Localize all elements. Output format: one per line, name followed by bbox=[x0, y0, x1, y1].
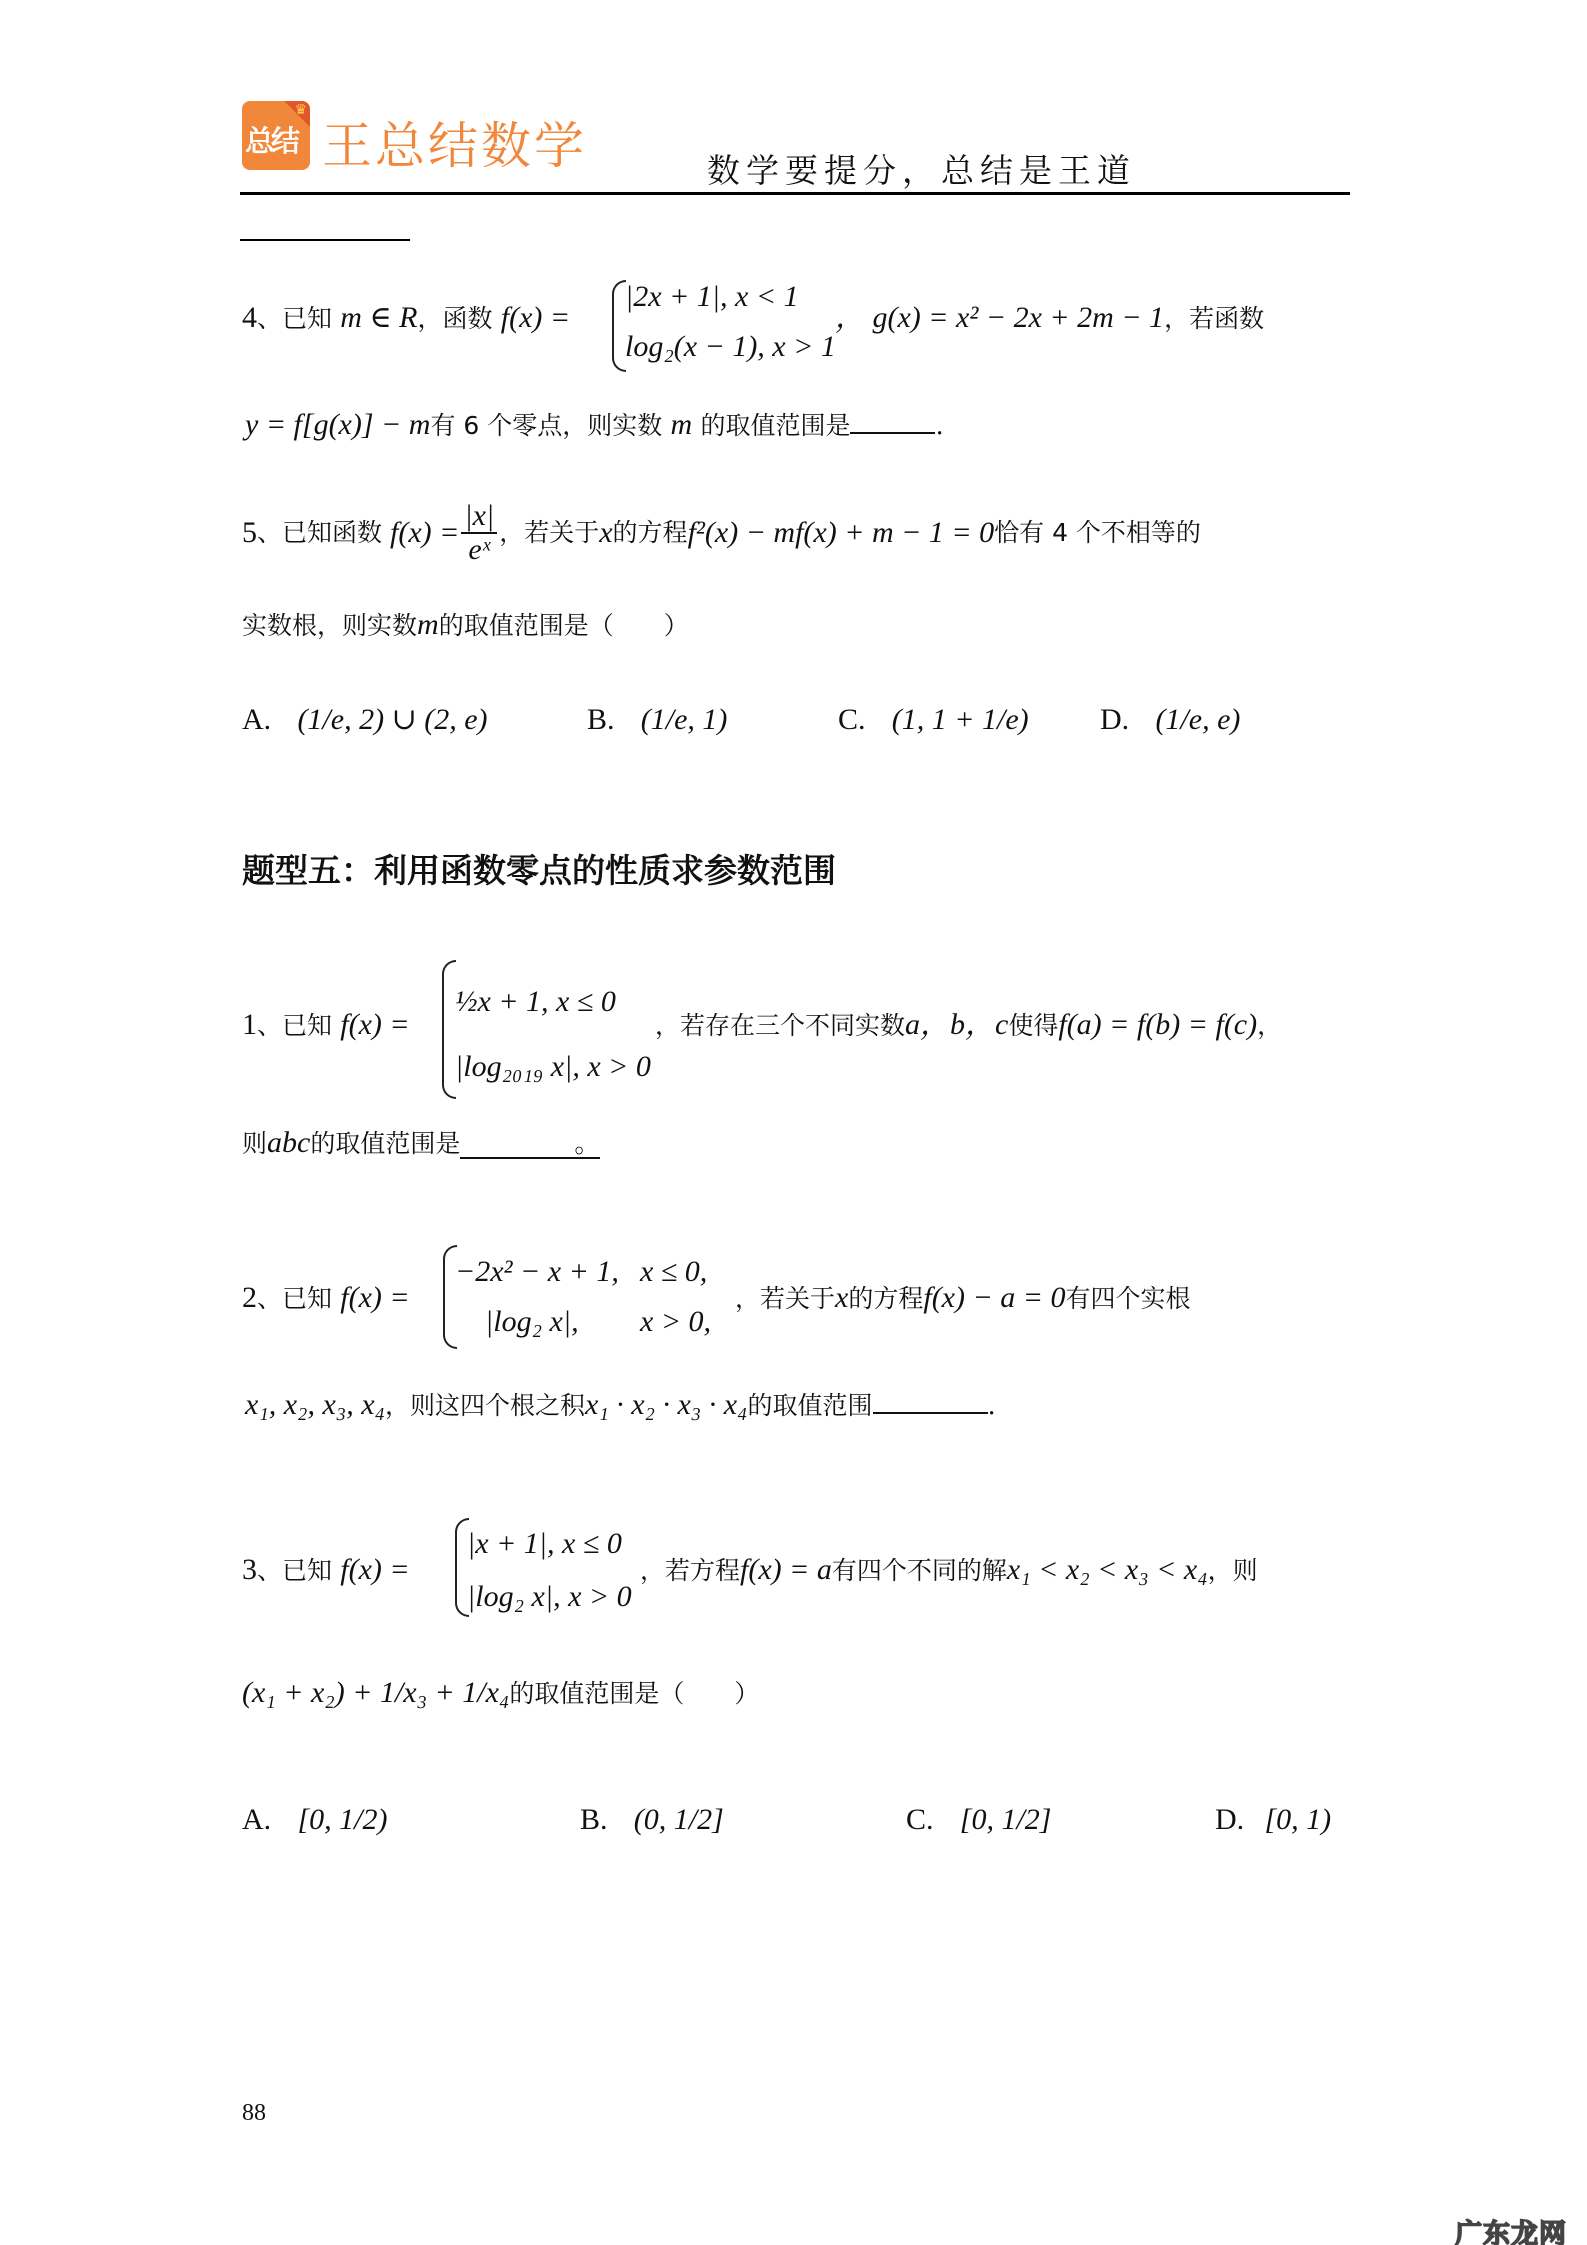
q2-case-2-cond: x > 0, bbox=[640, 1305, 711, 1339]
problem-4-gx: ， g(x) = x² − 2x + 2m − 1，若函数 bbox=[835, 303, 1264, 333]
q2-case-2-expr: |log₂ x|, bbox=[485, 1305, 579, 1339]
q1-line-1: 1、已知 f(x) = bbox=[242, 1010, 410, 1040]
q3-option-d[interactable]: D. [0, 1) bbox=[1215, 1805, 1331, 1835]
header-divider bbox=[240, 192, 1350, 195]
q2-case-1-cond: x ≤ 0, bbox=[640, 1255, 707, 1289]
page-number: 88 bbox=[242, 2100, 266, 2127]
problem-4-line-2: y = f[g(x)] − m有 6 个零点，则实数 m 的取值范围是. bbox=[245, 410, 944, 440]
answer-blank bbox=[873, 1412, 988, 1414]
piecewise-brace bbox=[442, 960, 456, 1099]
crown-icon: ♛ bbox=[294, 102, 307, 118]
q3-case-1: |x + 1|, x ≤ 0 bbox=[467, 1527, 622, 1561]
answer-blank: 。 bbox=[460, 1131, 600, 1159]
problem-5-option-d[interactable]: D. (1/e, e) bbox=[1100, 705, 1240, 735]
q3-case-2: |log₂ x|, x > 0 bbox=[467, 1580, 632, 1614]
q3-option-b[interactable]: B. (0, 1/2] bbox=[580, 1805, 724, 1835]
q2-case-1-expr: −2x² − x + 1, bbox=[455, 1255, 619, 1289]
problem-4-case-2: log₂(x − 1), x > 1 bbox=[625, 330, 836, 364]
problem-5-option-a[interactable]: A. (1/e, 2) ∪ (2, e) bbox=[242, 705, 488, 735]
section-heading: 题型五：利用函数零点的性质求参数范围 bbox=[242, 845, 836, 892]
q2-line-2: x₁, x₂, x₃, x₄，则这四个根之积x₁ · x₂ · x₃ · x₄的… bbox=[245, 1390, 996, 1420]
problem-5-line-2: 实数根，则实数m的取值范围是（ ） bbox=[242, 610, 689, 640]
q3-option-a[interactable]: A. [0, 1/2) bbox=[242, 1805, 387, 1835]
q1-case-2: |log₂₀₁₉ x|, x > 0 bbox=[455, 1050, 651, 1084]
q3-line-2: (x₁ + x₂) + 1/x₃ + 1/x₄的取值范围是（ ） bbox=[242, 1678, 759, 1708]
q1-case-1: ½x + 1, x ≤ 0 bbox=[455, 985, 616, 1019]
header-tagline: 数学要提分，总结是王道 bbox=[707, 145, 1136, 192]
q3-line-1: 3、已知 f(x) = bbox=[242, 1555, 410, 1585]
piecewise-brace bbox=[612, 280, 626, 372]
q1-line-1-tail: ，若存在三个不同实数a，b，c使得f(a) = f(b) = f(c)， bbox=[655, 1010, 1282, 1040]
problem-4-line-1: 4、已知 m ∈ R，函数 f(x) = bbox=[242, 303, 570, 333]
logo-badge-text: 总结 bbox=[245, 119, 297, 160]
q3-option-c[interactable]: C. [0, 1/2] bbox=[906, 1805, 1051, 1835]
q2-line-1: 2、已知 f(x) = bbox=[242, 1283, 410, 1313]
watermark: 广东龙网 bbox=[1455, 2212, 1567, 2245]
problem-5-line-1: 5、已知函数 f(x) = |x| eˣ ，若关于 x 的方程 f²(x) − … bbox=[242, 500, 1201, 565]
logo-text: 王总结数学 bbox=[322, 106, 587, 178]
problem-4-case-1: |2x + 1|, x < 1 bbox=[625, 280, 799, 314]
answer-blank bbox=[850, 432, 935, 434]
problem-5-option-b[interactable]: B. (1/e, 1) bbox=[587, 705, 727, 735]
problem-5-option-c[interactable]: C. (1, 1 + 1/e) bbox=[838, 705, 1029, 735]
answer-blank-line bbox=[240, 239, 410, 241]
fraction: |x| eˣ bbox=[461, 500, 497, 565]
q2-line-1-tail: ，若关于x的方程f(x) − a = 0有四个实根 bbox=[735, 1283, 1191, 1313]
q3-line-1-tail: ，若方程f(x) = a有四个不同的解x₁ < x₂ < x₃ < x₄，则 bbox=[640, 1555, 1258, 1585]
logo-badge: ♛ 总结 bbox=[242, 101, 310, 170]
q1-line-2: 则abc的取值范围是。 bbox=[242, 1128, 600, 1159]
